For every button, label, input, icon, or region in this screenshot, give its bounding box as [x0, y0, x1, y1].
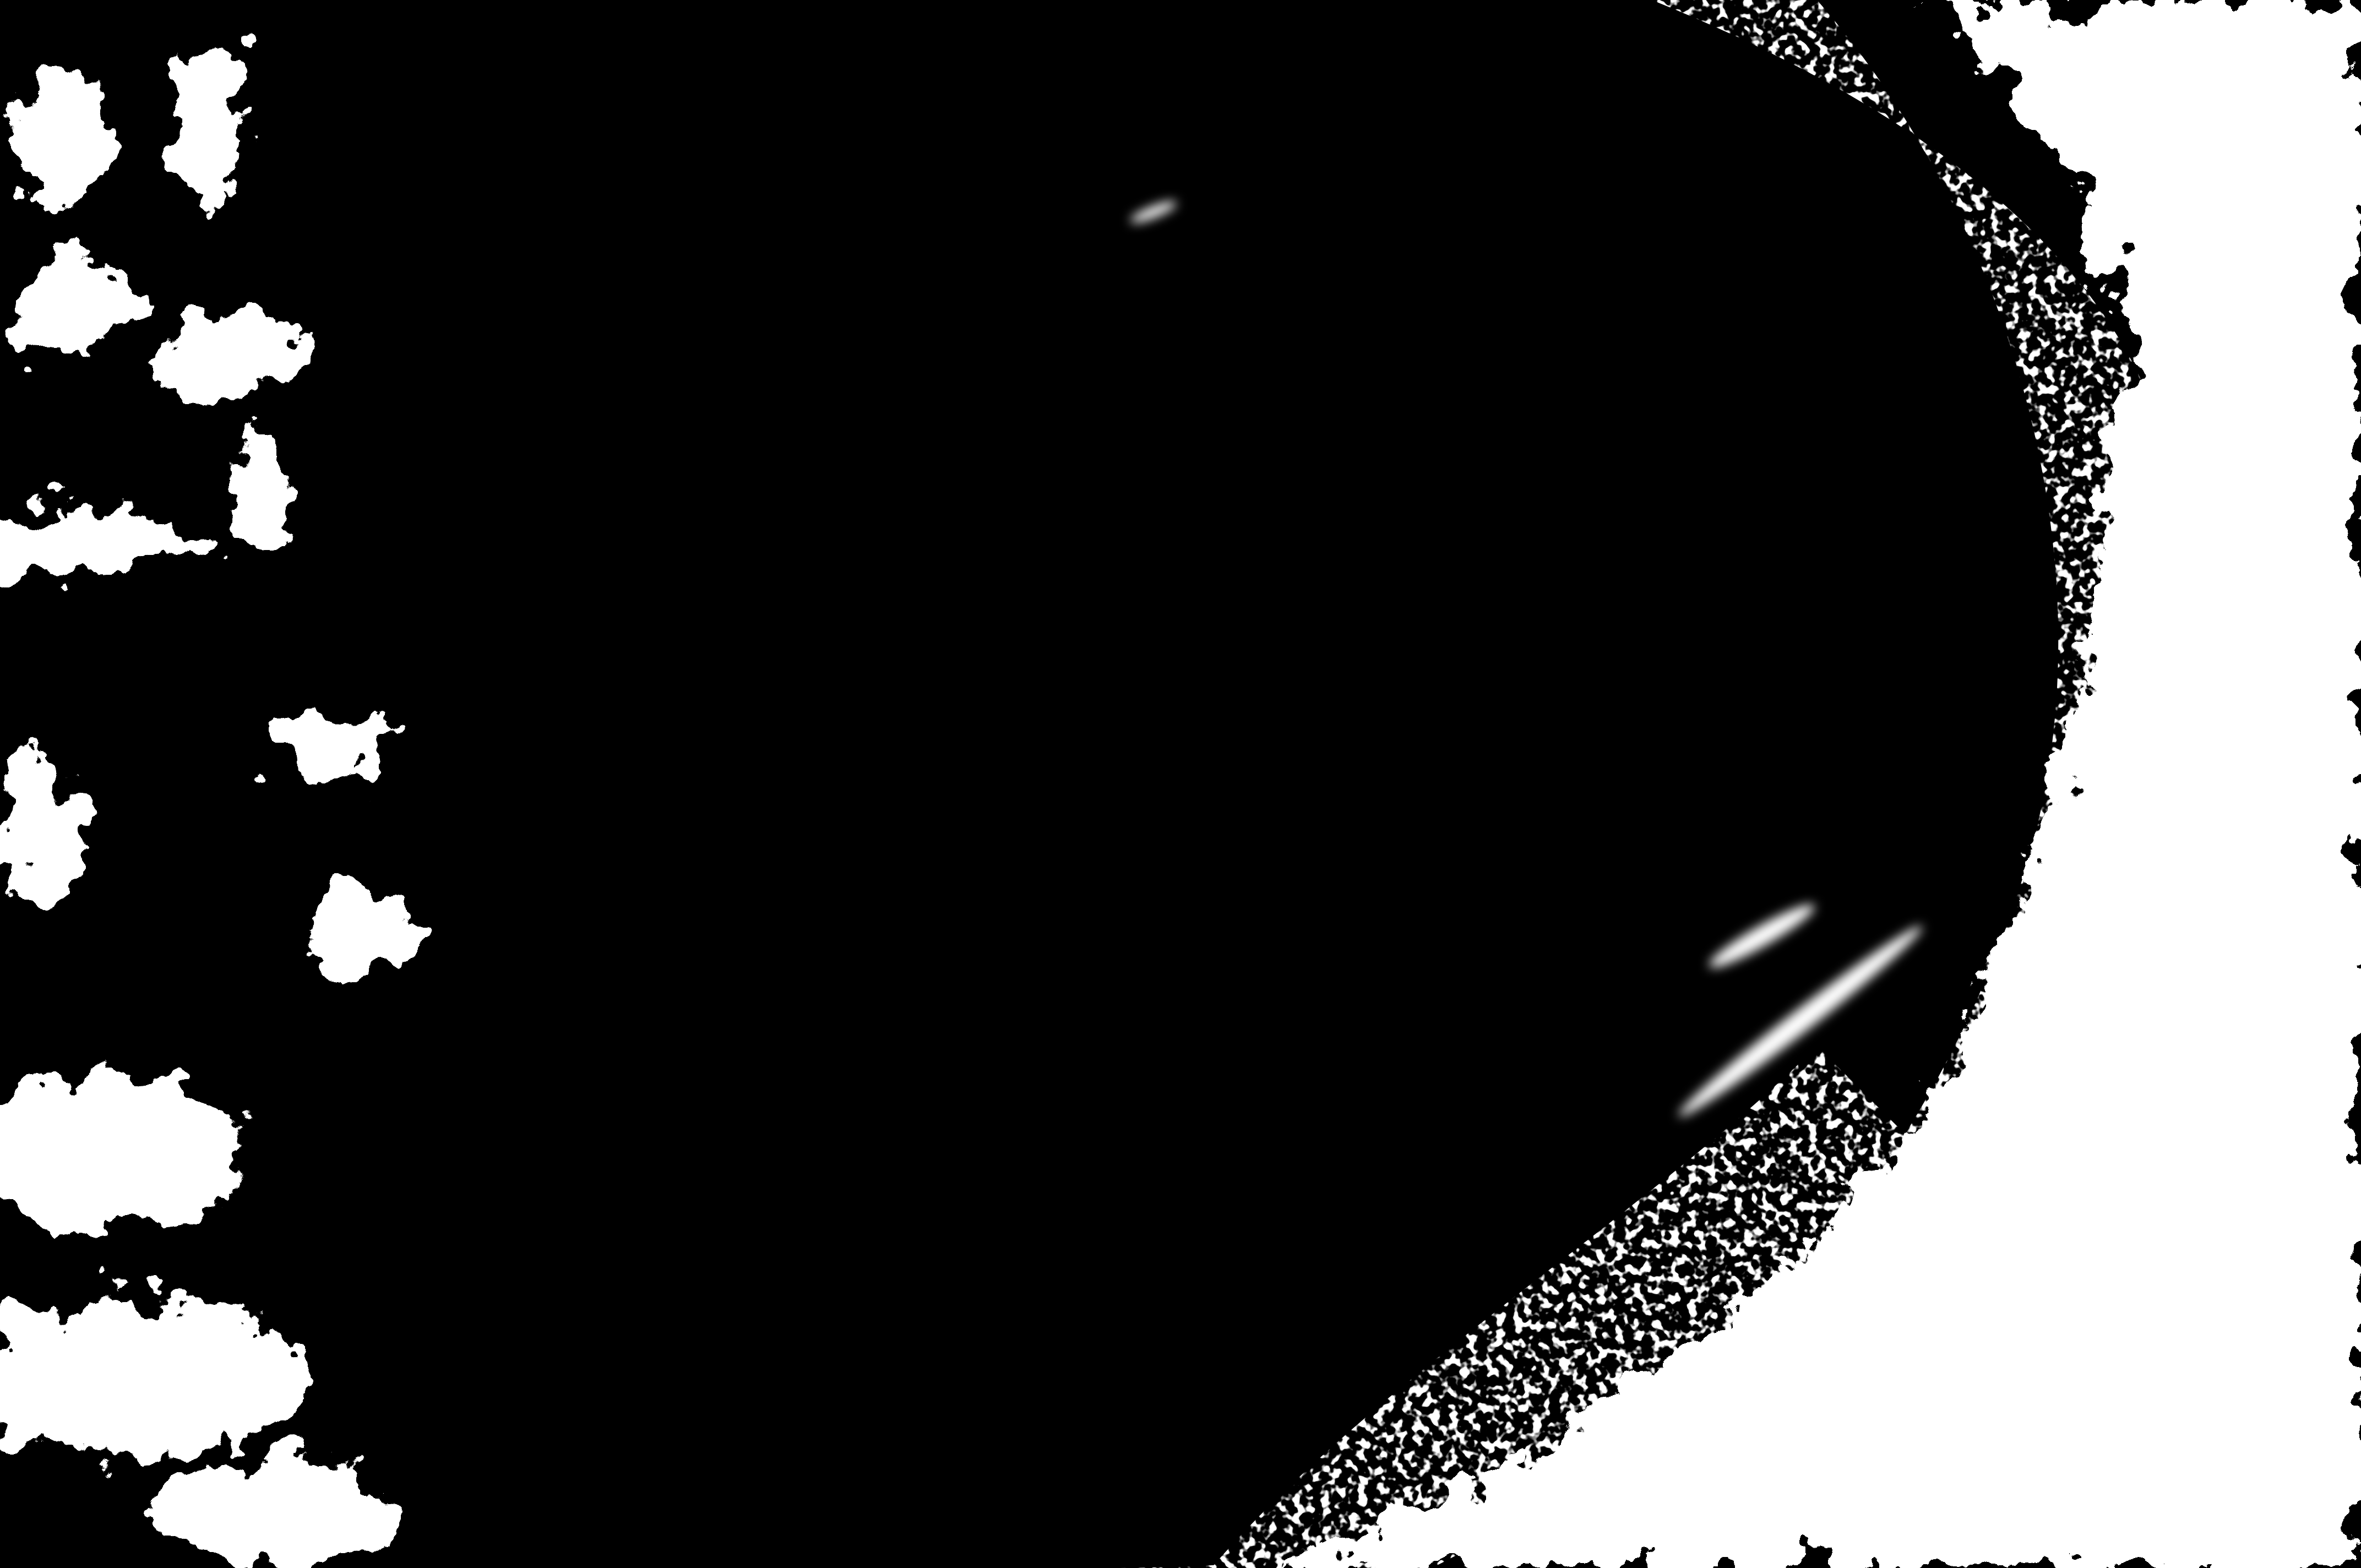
abstract-photo — [0, 0, 2361, 1568]
